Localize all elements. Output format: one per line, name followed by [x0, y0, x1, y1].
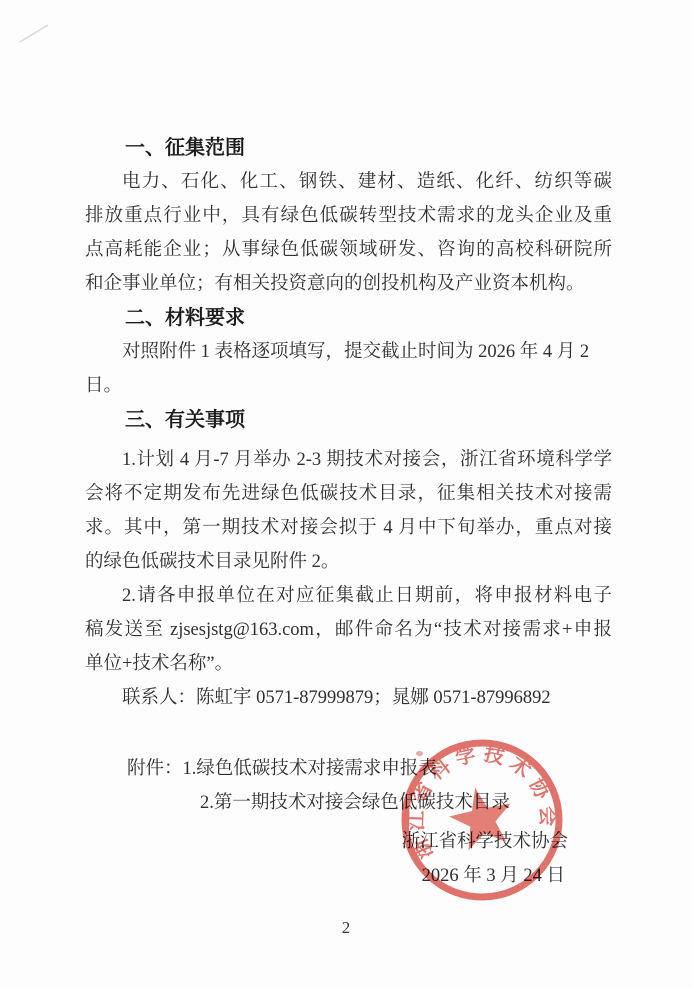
text-line: 求。其中，第一期技术对接会拟于 4 月中下旬举办，重点对接 — [85, 511, 612, 545]
scanned-document-page: { "colors": { "seal_red": "#d8453b", "in… — [0, 0, 692, 989]
attachments-label: 附件： — [127, 759, 183, 779]
text-line: 1.计划 4 月-7 月举办 2-3 期技术对接会，浙江省环境科学学 — [85, 443, 612, 477]
section-heading-2: 二、材料要求 — [85, 301, 612, 335]
text-line: 2.请各申报单位在对应征集截止日期前，将申报材料电子 — [85, 579, 612, 613]
page-number: 2 — [0, 918, 692, 938]
text-line: 电力、石化、化工、钢铁、建材、造纸、化纤、纺织等碳 — [85, 165, 612, 199]
star-icon — [444, 781, 518, 852]
section-heading-3: 三、有关事项 — [85, 403, 612, 437]
seal-ink-speck — [416, 751, 423, 756]
text-line: 点高耗能企业；从事绿色低碳领域研发、咨询的高校科研院所 — [85, 233, 612, 267]
official-seal-graphic: 浙江省科学技术协会 — [381, 719, 583, 921]
text-line: 对照附件 1 表格逐项填写，提交截止时间为 2026 年 4 月 2 日。 — [85, 335, 612, 403]
section-heading-1: 一、征集范围 — [85, 131, 612, 165]
text-line: 单位+技术名称”。 — [85, 647, 612, 681]
text-line: 排放重点行业中，具有绿色低碳转型技术需求的龙头企业及重 — [85, 199, 612, 233]
text-line: 的绿色低碳技术目录见附件 2。 — [85, 545, 612, 579]
contact-line: 联系人：陈虹宇 0571-87999879；晁娜 0571-87996892 — [85, 681, 612, 715]
text-line: 稿发送至 zjsesjstg@163.com，邮件命名为“技术对接需求+申报 — [85, 613, 612, 647]
scan-scratch-artifact — [12, 16, 72, 56]
official-seal: 浙江省科学技术协会 — [381, 719, 583, 921]
text-line: 和企事业单位；有相关投资意向的创投机构及产业资本机构。 — [85, 267, 612, 301]
text-line: 会将不定期发布先进绿色低碳技术目录，征集相关技术对接需 — [85, 477, 612, 511]
